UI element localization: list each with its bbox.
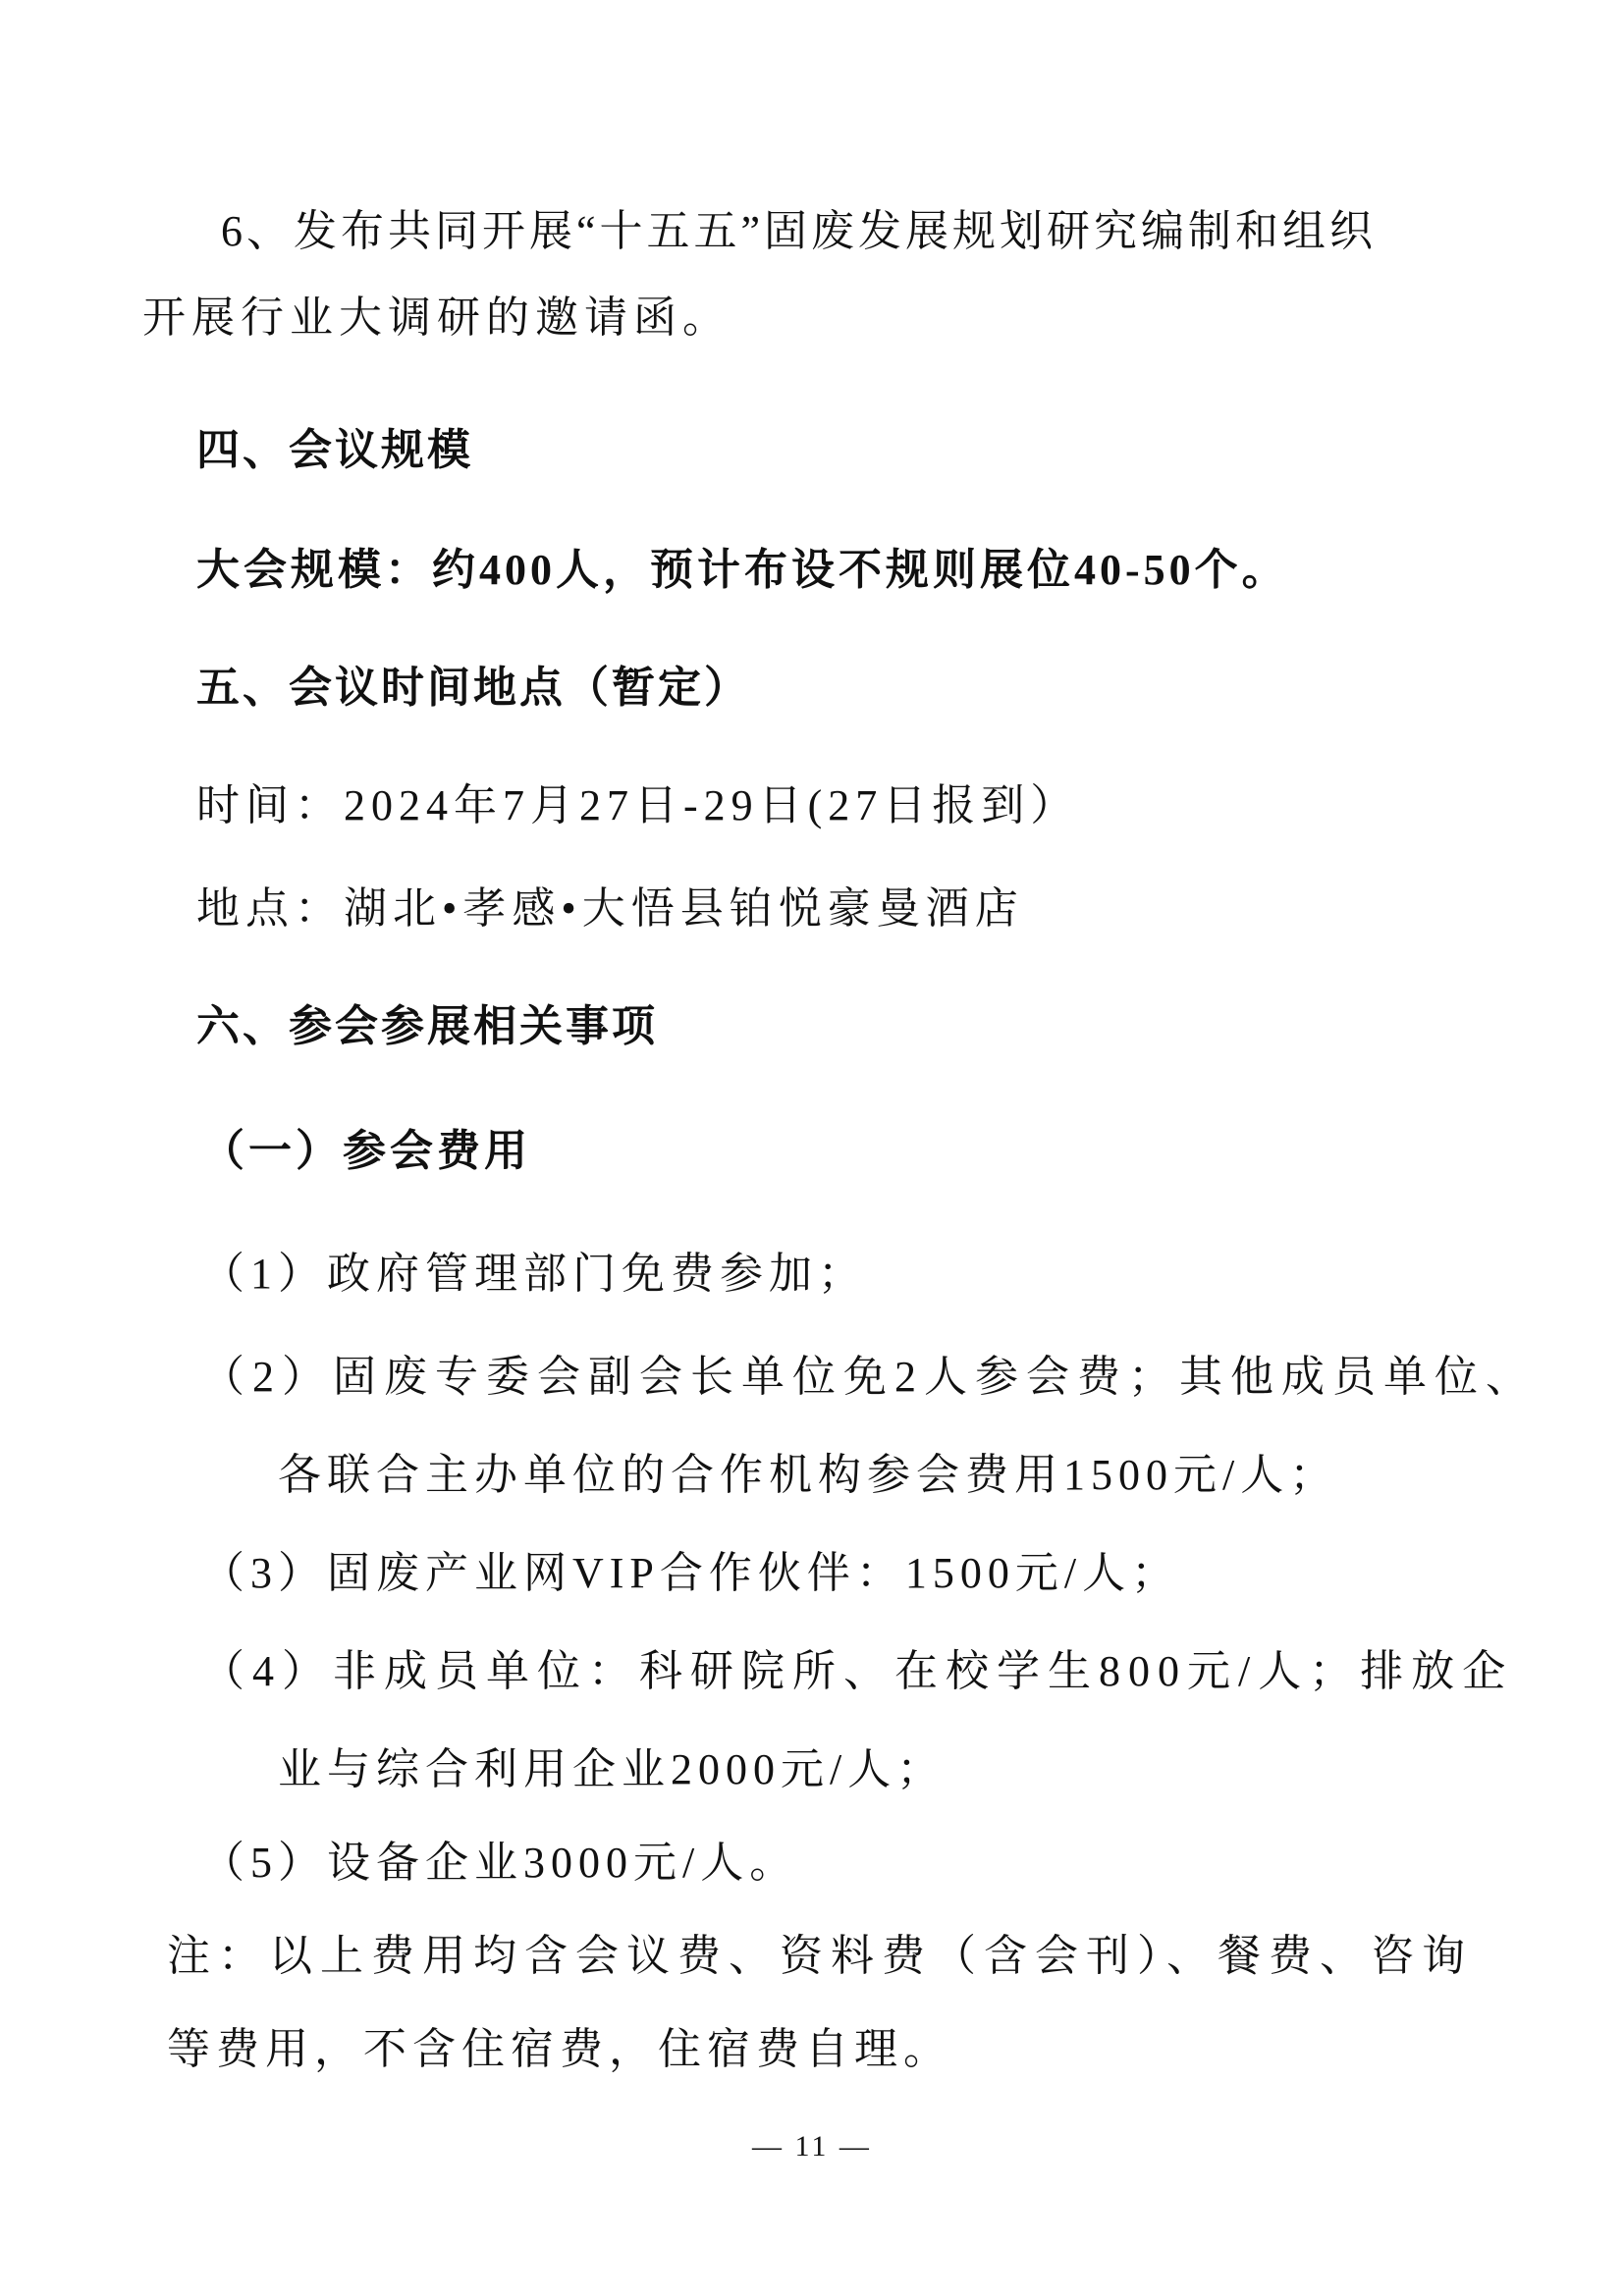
fee-item-1: （1）政府管理部门免费参加； (201, 1249, 867, 1301)
section-4-heading: 四、会议规模 (196, 425, 473, 477)
fee-item-4-line2: 业与综合利用企业2000元/人； (278, 1744, 946, 1796)
section-6-sub-heading: （一）参会费用 (201, 1126, 531, 1178)
section-5-time-line: 时间：2024年7月27日-29日(27日报到） (196, 780, 1079, 832)
fee-item-3: （3）固废产业网VIP合作伙伴：1500元/人； (201, 1548, 1180, 1600)
section-6-heading: 六、参会参展相关事项 (196, 1001, 658, 1053)
page-number: — 11 — (0, 2130, 1624, 2163)
paragraph-6-line1: 6、发布共同开展“十五五”固废发展规划研究编制和组织 (221, 206, 1377, 258)
section-4-scale-line: 大会规模：约400人，预计布设不规则展位40-50个。 (196, 545, 1289, 597)
fee-item-2-line2: 各联合主办单位的合作机构参会费用1500元/人； (278, 1450, 1338, 1502)
section-5-heading: 五、会议时间地点（暂定） (196, 663, 750, 715)
document-page: 6、发布共同开展“十五五”固废发展规划研究编制和组织 开展行业大调研的邀请函。 … (0, 0, 1624, 2296)
note-line1: 注：以上费用均含会议费、资料费（含会刊）、餐费、咨询 (167, 1931, 1473, 1983)
fee-item-2-line1: （2）固废专委会副会长单位免2人参会费；其他成员单位、 (201, 1352, 1537, 1404)
paragraph-6-line2: 开展行业大调研的邀请函。 (142, 293, 731, 345)
fee-item-4-line1: （4）非成员单位：科研院所、在校学生800元/人；排放企 (201, 1646, 1513, 1698)
fee-item-5: （5）设备企业3000元/人。 (201, 1838, 798, 1890)
note-line2: 等费用，不含住宿费，住宿费自理。 (167, 2024, 952, 2076)
section-5-place-line: 地点：湖北•孝感•大悟县铂悦豪曼酒店 (196, 883, 1024, 935)
